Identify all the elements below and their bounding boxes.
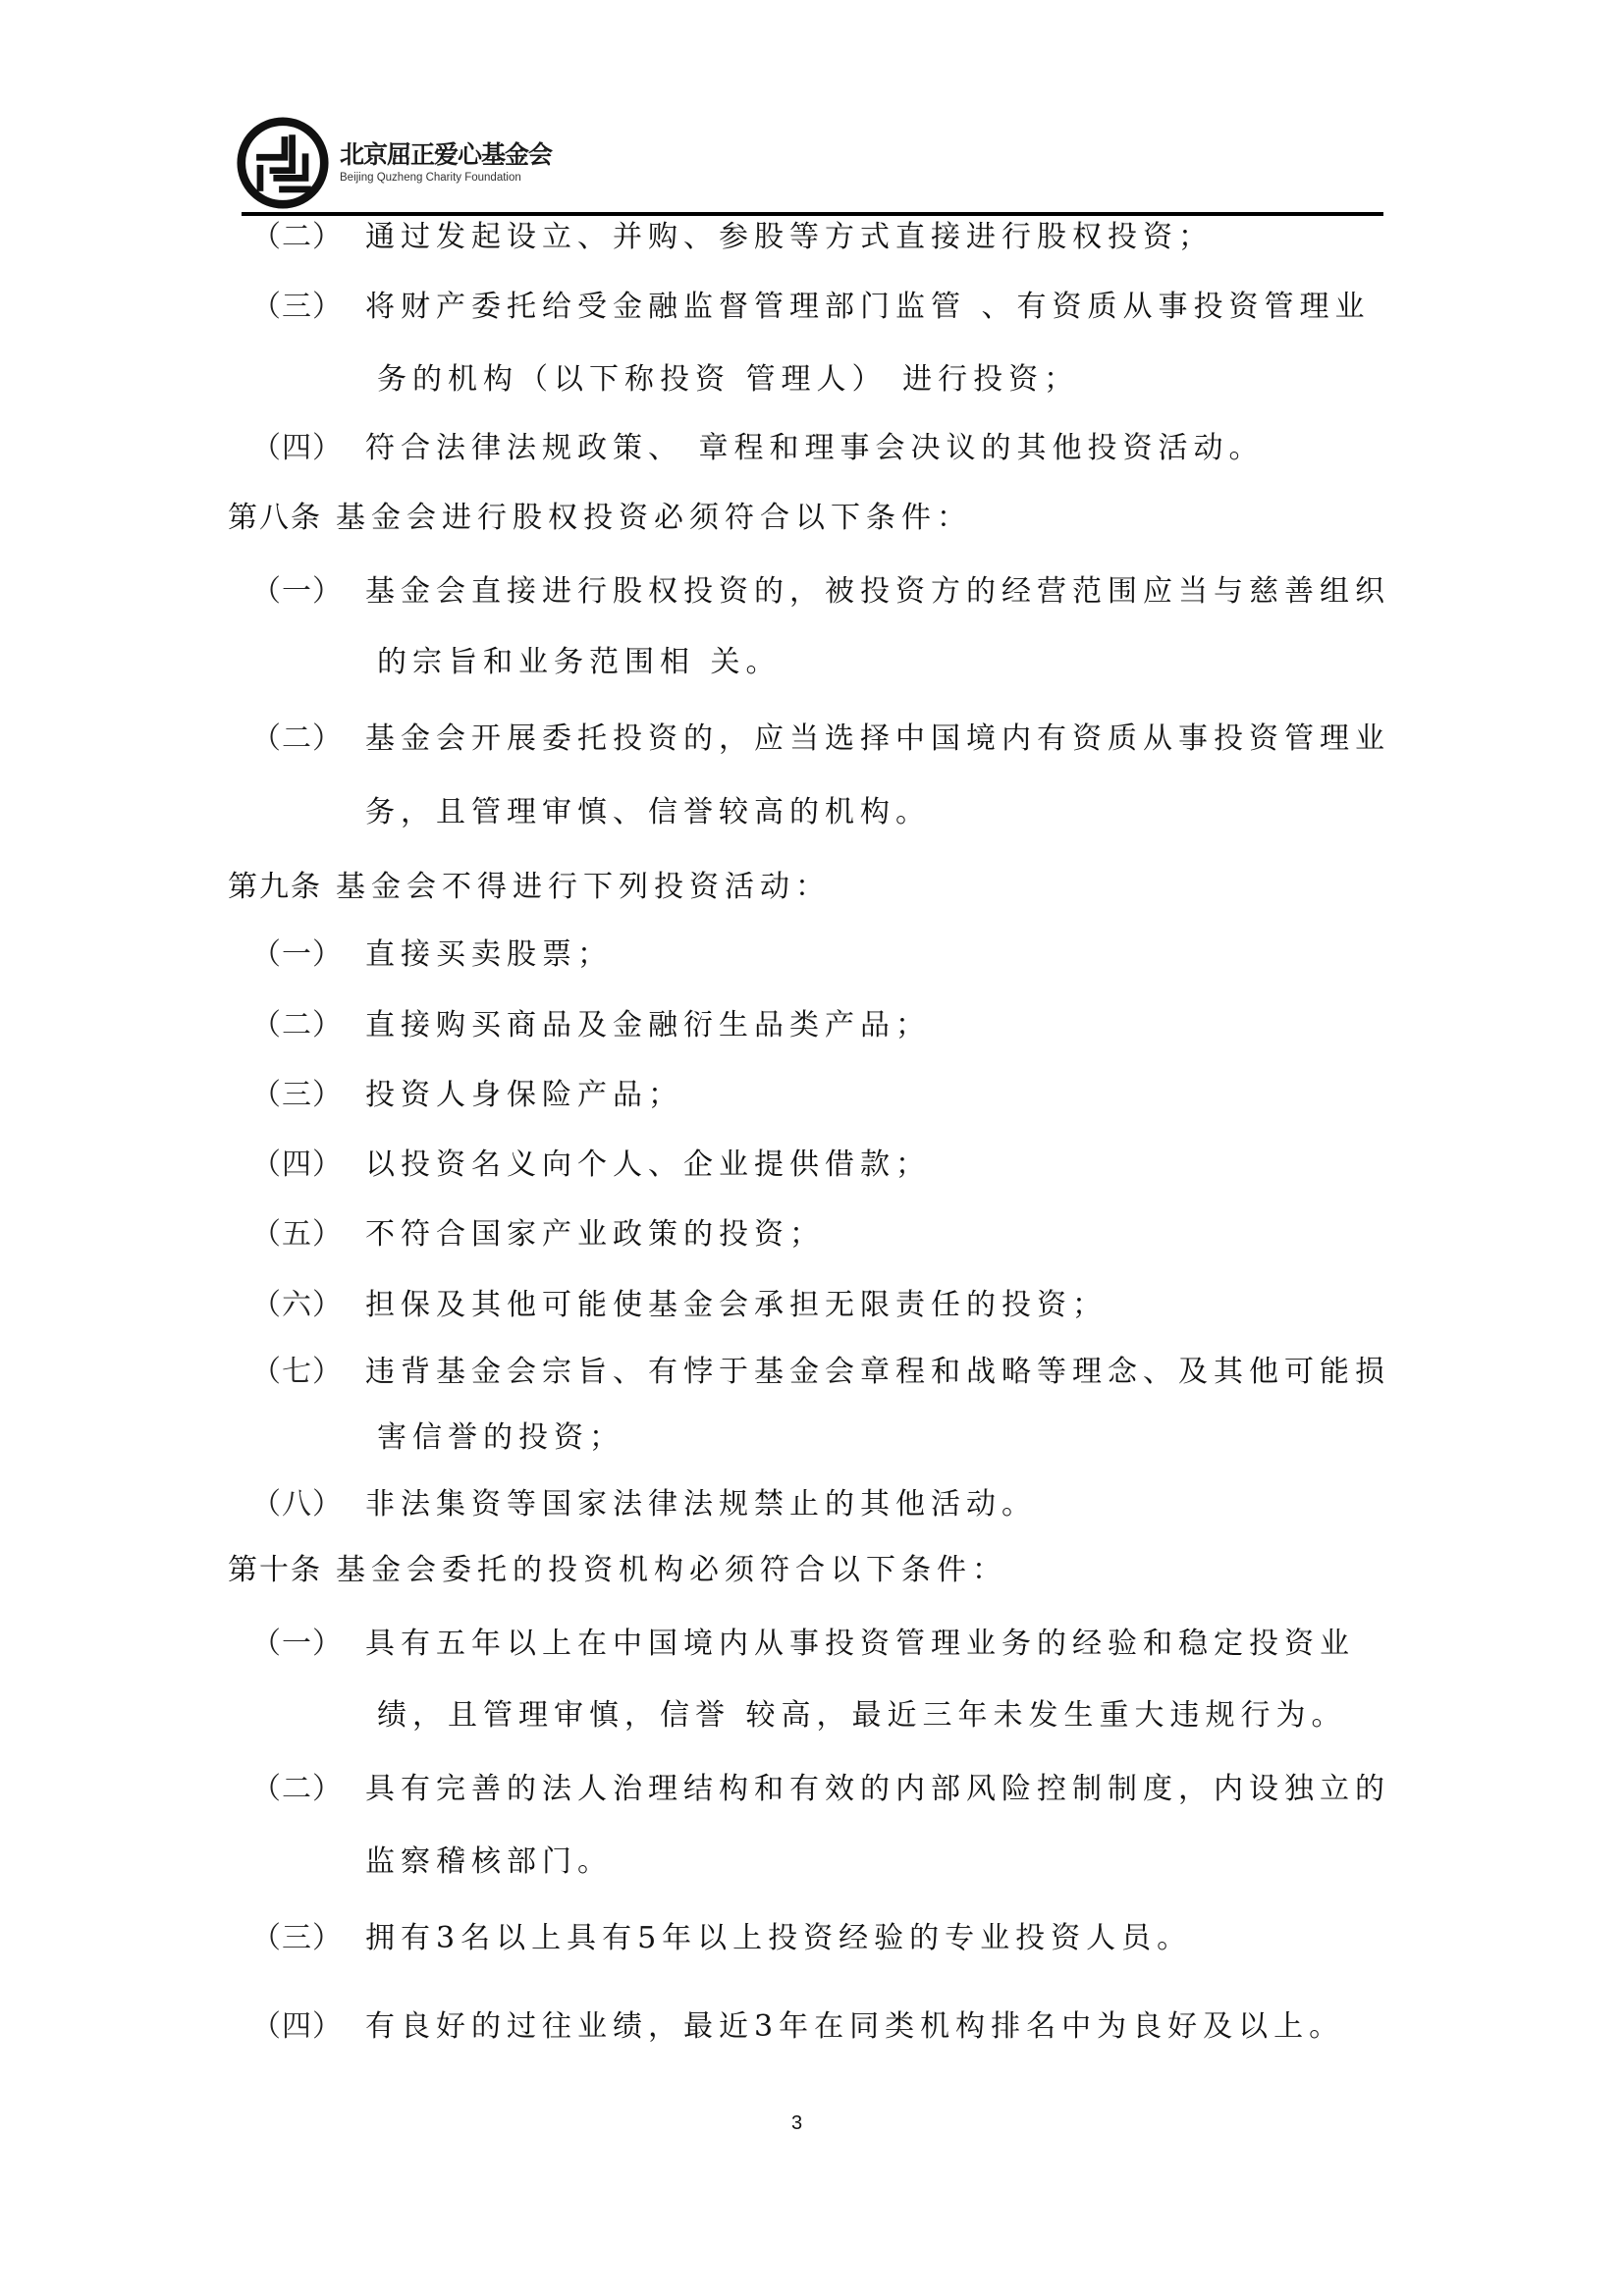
item-text-continuation: 害信誉的投资； bbox=[377, 1418, 624, 1458]
item-label: （四） bbox=[251, 429, 343, 468]
item-text: 有良好的过往业绩，最近3年在同类机构排名中为良好及以上。 bbox=[365, 2007, 1344, 2047]
org-name-en: Beijing Quzheng Charity Foundation bbox=[340, 170, 552, 186]
item-text: 具有完善的法人治理结构和有效的内部风险控制制度，内设独立的 bbox=[365, 1770, 1390, 1809]
page-number: 3 bbox=[791, 2112, 802, 2135]
item-label: （一） bbox=[251, 572, 343, 612]
article-title: 基金会不得进行下列投资活动： bbox=[336, 870, 831, 904]
article-number: 第十条 bbox=[228, 1553, 322, 1587]
item-label: （一） bbox=[251, 1625, 343, 1664]
item-label: （二） bbox=[251, 720, 343, 759]
item-text-continuation: 的宗旨和业务范围相 关。 bbox=[377, 643, 782, 682]
article-title: 基金会进行股权投资必须符合以下条件： bbox=[336, 501, 972, 535]
item-text: 具有五年以上在中国境内从事投资管理业务的经验和稳定投资业 bbox=[365, 1625, 1355, 1664]
letterhead: 北京屈正爱心基金会 Beijing Quzheng Charity Founda… bbox=[236, 116, 599, 210]
foundation-seal-logo-icon bbox=[236, 116, 330, 210]
item-label: （三） bbox=[251, 288, 343, 327]
logo-text: 北京屈正爱心基金会 Beijing Quzheng Charity Founda… bbox=[340, 140, 552, 186]
item-label: （二） bbox=[251, 1006, 343, 1045]
item-text: 直接购买商品及金融衍生品类产品； bbox=[365, 1006, 931, 1045]
article-number: 第九条 bbox=[228, 870, 322, 904]
item-text: 违背基金会宗旨、有悖于基金会章程和战略等理念、及其他可能损 bbox=[365, 1353, 1390, 1392]
item-text: 不符合国家产业政策的投资； bbox=[365, 1215, 825, 1255]
item-label: （五） bbox=[251, 1215, 343, 1255]
item-text: 基金会开展委托投资的，应当选择中国境内有资质从事投资管理业 bbox=[365, 720, 1390, 759]
item-label: （四） bbox=[251, 2007, 343, 2047]
item-label: （三） bbox=[251, 1919, 343, 1958]
item-text: 非法集资等国家法律法规禁止的其他活动。 bbox=[365, 1485, 1037, 1524]
item-text: 以投资名义向个人、企业提供借款； bbox=[365, 1146, 931, 1185]
item-text: 担保及其他可能使基金会承担无限责任的投资； bbox=[365, 1286, 1108, 1325]
item-text: 拥有3名以上具有5年以上投资经验的专业投资人员。 bbox=[365, 1919, 1192, 1958]
item-label: （三） bbox=[251, 1076, 343, 1115]
article-heading: 第八条基金会进行股权投资必须符合以下条件： bbox=[228, 499, 972, 538]
item-text: 基金会直接进行股权投资的，被投资方的经营范围应当与慈善组织 bbox=[365, 572, 1390, 612]
item-label: （一） bbox=[251, 935, 343, 975]
item-label: （六） bbox=[251, 1286, 343, 1325]
item-label: （八） bbox=[251, 1485, 343, 1524]
item-text: 通过发起设立、并购、参股等方式直接进行股权投资； bbox=[365, 218, 1214, 257]
item-text-continuation: 绩，且管理审慎，信誉 较高，最近三年未发生重大违规行为。 bbox=[377, 1696, 1347, 1735]
article-heading: 第九条基金会不得进行下列投资活动： bbox=[228, 868, 831, 907]
item-text-continuation: 务，且管理审慎、信誉较高的机构。 bbox=[365, 793, 931, 832]
item-text-continuation: 务的机构（以下称投资 管理人） 进行投资； bbox=[377, 360, 1079, 400]
item-text-continuation: 监察稽核部门。 bbox=[365, 1842, 613, 1882]
article-title: 基金会委托的投资机构必须符合以下条件： bbox=[336, 1553, 1007, 1587]
item-label: （七） bbox=[251, 1353, 343, 1392]
org-name-cn: 北京屈正爱心基金会 bbox=[340, 140, 552, 170]
header-divider bbox=[242, 212, 1383, 216]
item-text: 直接买卖股票； bbox=[365, 935, 613, 975]
article-number: 第八条 bbox=[228, 501, 322, 535]
item-text: 将财产委托给受金融监督管理部门监管 、有资质从事投资管理业 bbox=[365, 288, 1371, 327]
document-page: 北京屈正爱心基金会 Beijing Quzheng Charity Founda… bbox=[0, 0, 1624, 2296]
item-text: 符合法律法规政策、 章程和理事会决议的其他投资活动。 bbox=[365, 429, 1265, 468]
item-label: （二） bbox=[251, 218, 343, 257]
item-label: （四） bbox=[251, 1146, 343, 1185]
article-heading: 第十条基金会委托的投资机构必须符合以下条件： bbox=[228, 1551, 1007, 1590]
item-text: 投资人身保险产品； bbox=[365, 1076, 683, 1115]
item-label: （二） bbox=[251, 1770, 343, 1809]
